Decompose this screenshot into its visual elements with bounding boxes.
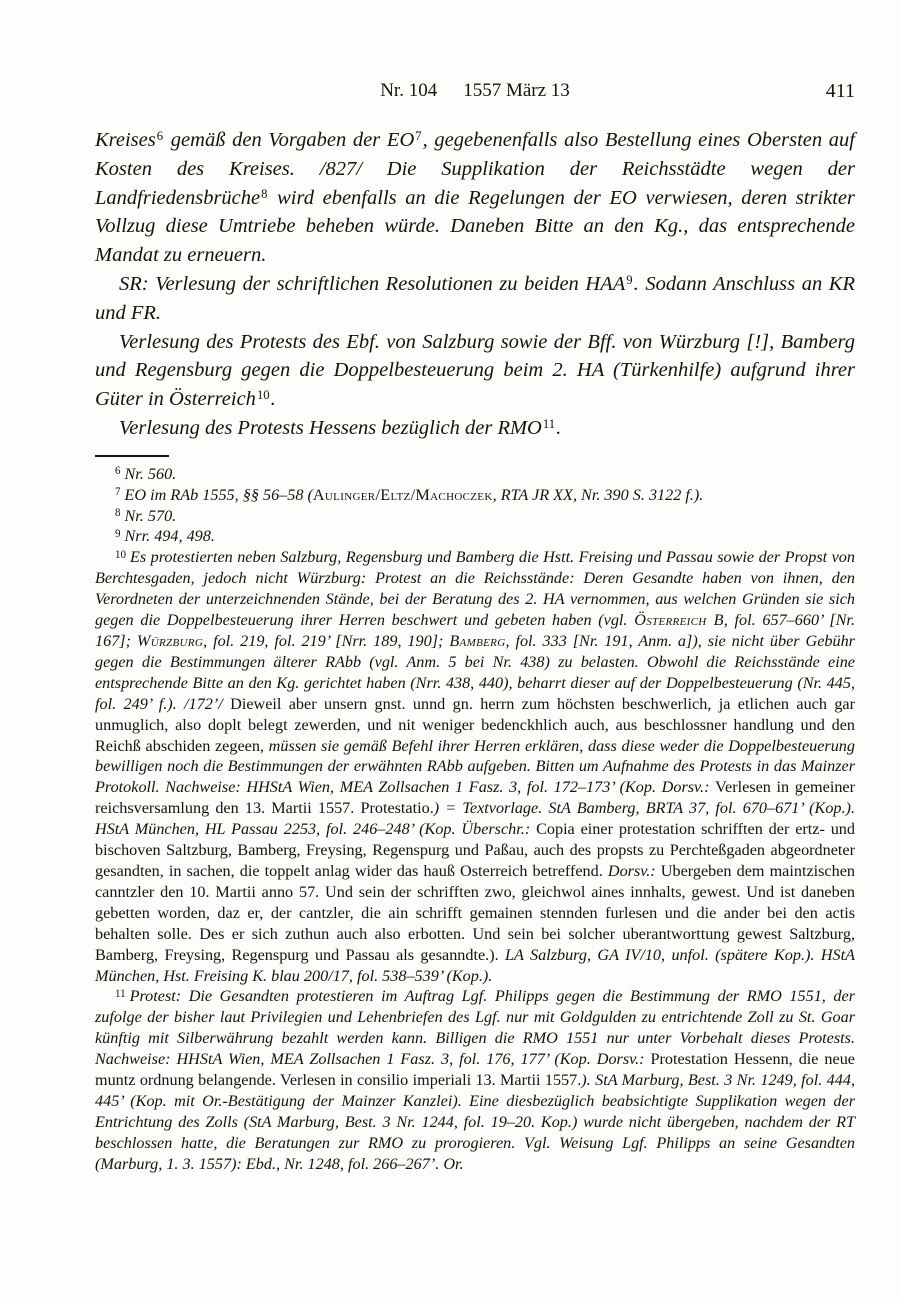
text-segment: Nrr. 494, 498.: [125, 527, 215, 545]
footnote-rule: [95, 455, 169, 457]
text-segment: , RTA JR XX, Nr. 390 S. 3122 f.).: [493, 486, 704, 504]
text-segment: EO im RAb 1555, §§ 56–58 (: [125, 486, 313, 504]
footnote-ref: 10: [257, 388, 270, 402]
doc-number: Nr. 104: [380, 80, 437, 101]
body-text: Kreises6 gemäß den Vorgaben der EO7, geg…: [95, 126, 855, 443]
footnote-number: 7: [115, 486, 121, 498]
footnote-ref: 8: [261, 187, 267, 201]
footnote-7: 7EO im RAb 1555, §§ 56–58 (Aulinger/Eltz…: [95, 485, 855, 506]
footnote-number: 9: [115, 528, 121, 540]
text-segment: Kreises: [95, 129, 156, 151]
footnote-number: 6: [115, 465, 121, 477]
footnote-number: 11: [115, 988, 126, 1000]
footnote-6: 6Nr. 560.: [95, 464, 855, 485]
book-page: Nr. 1041557 März 13 411 Kreises6 gemäß d…: [0, 0, 900, 1300]
footnote-number: 10: [115, 549, 126, 561]
text-segment: Dorsv.:: [608, 862, 661, 880]
body-paragraph: Verlesung des Protests des Ebf. von Salz…: [95, 328, 855, 414]
page-number: 411: [826, 80, 855, 103]
text-segment: .: [556, 417, 561, 439]
footnote-ref: 6: [157, 129, 163, 143]
footnote-9: 9Nrr. 494, 498.: [95, 526, 855, 547]
footnote-10: 10Es protestierten neben Salzburg, Regen…: [95, 547, 855, 986]
running-head: Nr. 1041557 März 13 411: [95, 80, 855, 104]
body-paragraph: Verlesung des Protests Hessens bezüglich…: [95, 414, 855, 443]
running-head-title: Nr. 1041557 März 13: [95, 80, 855, 102]
footnote-ref: 11: [543, 417, 555, 431]
doc-date: 1557 März 13: [463, 80, 570, 101]
text-segment: gemäß den Vorgaben der EO: [164, 129, 414, 151]
footnotes: 6Nr. 560.7EO im RAb 1555, §§ 56–58 (Auli…: [95, 464, 855, 1175]
text-segment: Nr. 560.: [125, 465, 177, 483]
footnote-11: 11Protest: Die Gesandten protestieren im…: [95, 986, 855, 1174]
text-segment: Aulinger/Eltz/Machoczek: [313, 486, 493, 504]
text-segment: Verlesung des Protests Hessens bezüglich…: [119, 417, 542, 439]
footnote-ref: 7: [415, 129, 421, 143]
text-segment: Österreich B: [634, 611, 724, 629]
text-segment: Nr. 570.: [125, 507, 177, 525]
footnote-8: 8Nr. 570.: [95, 506, 855, 527]
text-segment: .: [271, 388, 276, 410]
body-paragraph: Kreises6 gemäß den Vorgaben der EO7, geg…: [95, 126, 855, 270]
text-segment: , fol. 219, fol. 219’ [Nrr. 189, 190];: [203, 632, 449, 650]
text-segment: Würzburg: [137, 632, 203, 650]
footnote-number: 8: [115, 507, 121, 519]
footnote-ref: 9: [626, 273, 632, 287]
body-paragraph: SR: Verlesung der schriftlichen Resoluti…: [95, 270, 855, 328]
text-segment: SR: Verlesung der schriftlichen Resoluti…: [119, 273, 625, 295]
text-segment: Bamberg: [449, 632, 505, 650]
text-segment: Verlesung des Protests des Ebf. von Salz…: [95, 331, 855, 411]
